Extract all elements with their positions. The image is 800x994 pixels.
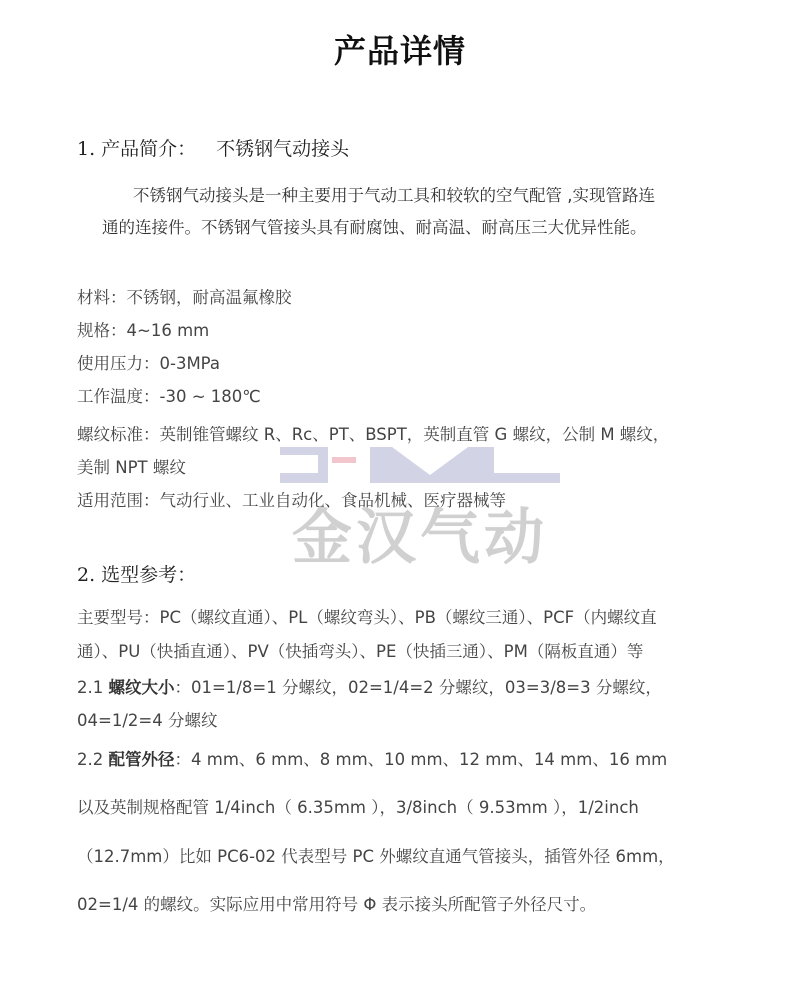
spec-thread-standard-cont: 美制 NPT 螺纹 bbox=[77, 454, 186, 478]
pipe-diameter-prefix: 2.2 bbox=[77, 750, 109, 769]
spec-thread-standard: 螺纹标准：英制锥管螺纹 R、Rc、PT、BSPT，英制直管 G 螺纹，公制 M … bbox=[77, 421, 669, 445]
spec-pressure: 使用压力：0-3MPa bbox=[77, 350, 220, 374]
intro-line-1: 不锈钢气动接头是一种主要用于气动工具和较软的空气配管 ,实现管路连 bbox=[133, 182, 783, 206]
section-1-heading: 1. 产品简介：不锈钢气动接头 bbox=[77, 134, 349, 161]
spec-material: 材料：不锈钢，耐高温氟橡胶 bbox=[77, 284, 292, 308]
thread-size-line-1: 2.1 螺纹大小：01=1/8=1 分螺纹，02=1/4=2 分螺纹，03=3/… bbox=[77, 674, 662, 698]
spec-temperature: 工作温度：-30 ~ 180℃ bbox=[77, 383, 261, 407]
pipe-diameter-line-2: 以及英制规格配管 1/4inch（ 6.35mm ），3/8inch（ 9.53… bbox=[77, 794, 639, 818]
section-1-heading-prefix: 1. 产品简介： bbox=[77, 138, 196, 160]
watermark-logo-icon bbox=[280, 447, 560, 483]
pipe-diameter-line-4: 02=1/4 的螺纹。实际应用中常用符号 Φ 表示接头所配管子外径尺寸。 bbox=[77, 891, 596, 915]
models-line-2: 通）、PU（快插直通）、PV（快插弯头）、PE（快插三通）、PM（隔板直通）等 bbox=[77, 638, 643, 662]
thread-size-values: ：01=1/8=1 分螺纹，02=1/4=2 分螺纹，03=3/8=3 分螺纹， bbox=[175, 678, 662, 697]
page-title: 产品详情 bbox=[0, 26, 800, 72]
thread-size-line-2: 04=1/2=4 分螺纹 bbox=[77, 707, 217, 731]
pipe-diameter-label: 配管外径 bbox=[109, 750, 175, 769]
models-line-1: 主要型号：PC（螺纹直通）、PL（螺纹弯头）、PB（螺纹三通）、PCF（内螺纹直 bbox=[77, 604, 657, 628]
section-2-heading: 2. 选型参考： bbox=[77, 560, 196, 587]
section-1-product-name: 不锈钢气动接头 bbox=[216, 138, 349, 160]
thread-size-prefix: 2.1 bbox=[77, 678, 109, 697]
watermark-brand: 金汉气动 bbox=[292, 503, 562, 573]
pipe-diameter-values: ：4 mm、6 mm、8 mm、10 mm、12 mm、14 mm、16 mm bbox=[175, 750, 668, 769]
pipe-diameter-line-1: 2.2 配管外径：4 mm、6 mm、8 mm、10 mm、12 mm、14 m… bbox=[77, 746, 667, 770]
spec-size: 规格：4~16 mm bbox=[77, 317, 209, 341]
thread-size-label: 螺纹大小 bbox=[109, 678, 175, 697]
pipe-diameter-line-3: （12.7mm）比如 PC6-02 代表型号 PC 外螺纹直通气管接头，插管外径… bbox=[77, 843, 675, 867]
intro-line-2: 通的连接件。不锈钢气管接头具有耐腐蚀、耐高温、耐高压三大优异性能。 bbox=[102, 214, 752, 238]
